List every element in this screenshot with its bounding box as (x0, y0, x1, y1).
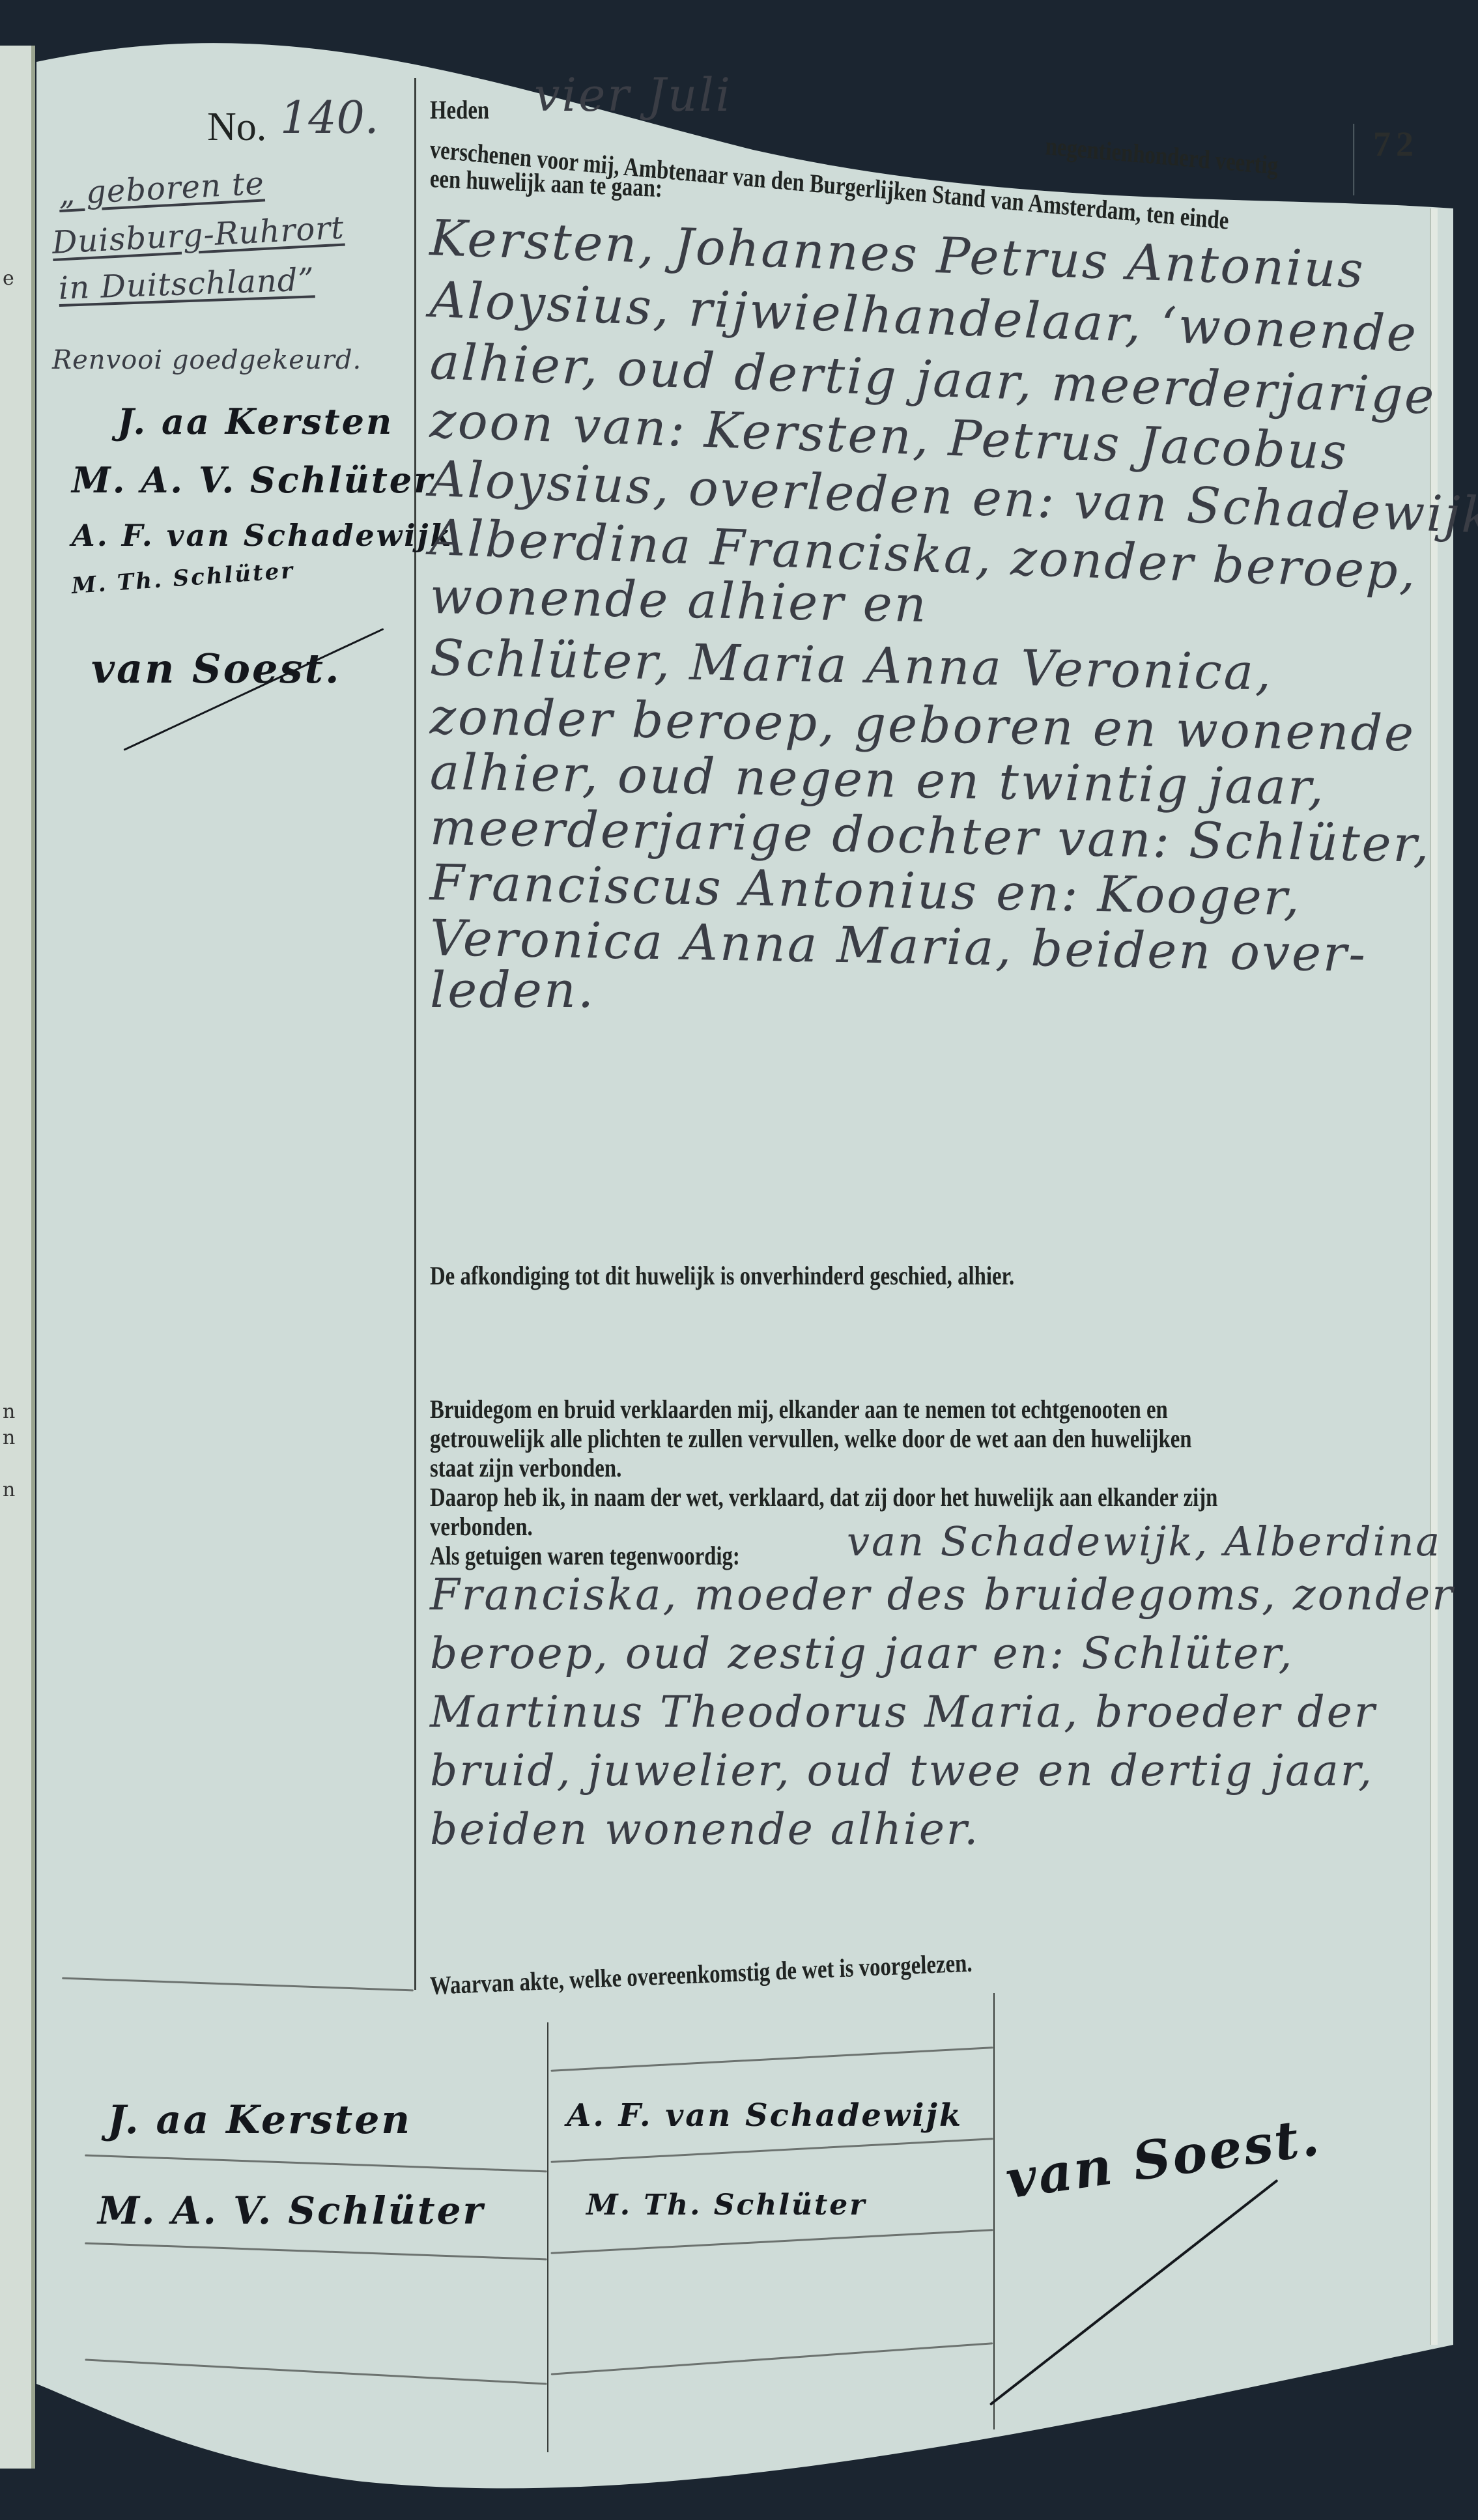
adjacent-page-text: e (3, 267, 14, 290)
signature-groom: J. aa Kersten (107, 2097, 412, 2143)
adjacent-page-text: n (3, 1479, 15, 1501)
signature-column-divider (547, 2022, 548, 2452)
signature-bride: M. A. V. Schlüter (98, 2188, 485, 2233)
page-number: 72 (1373, 124, 1419, 164)
witness-line: beiden wonende alhier. (430, 1804, 980, 1854)
margin-divider (414, 78, 416, 1990)
page-number-rule (1354, 124, 1354, 195)
adjacent-page-text: n (3, 1400, 15, 1423)
afkondiging-statement: De afkondiging tot dit huwelijk is onver… (430, 1260, 1014, 1291)
signature-witness-2: M. Th. Schlüter (586, 2188, 866, 2222)
renvooi-approval: Renvooi goedgekeurd. (52, 345, 362, 375)
margin-signature: J. aa Kersten (117, 401, 393, 442)
adjacent-page-edge: e n n n (0, 46, 35, 2469)
bride-line: leden. (430, 961, 595, 1019)
declaration-line: verbonden. (430, 1511, 533, 1542)
declaration-line: Bruidegom en bruid verklaarden mij, elka… (430, 1394, 1168, 1424)
declaration-line: Daarop heb ik, in naam der wet, verklaar… (430, 1482, 1217, 1512)
declaration-line: staat zijn verbonden. (430, 1452, 621, 1483)
year-printed: negentienhonderd veertig (1045, 130, 1279, 180)
act-number: 140. (280, 92, 378, 144)
date-handwritten: vier Juli (534, 68, 732, 122)
witness-line: van Schadewijk, Alberdina (847, 1518, 1442, 1565)
groom-line: wonende alhier en (429, 567, 928, 633)
act-number-label: No. (207, 104, 266, 150)
witness-line: bruid, juwelier, oud twee en dertig jaar… (430, 1746, 1374, 1796)
margin-signature: M. A. V. Schlüter (72, 459, 434, 501)
heden-label: Heden (430, 94, 489, 125)
witnesses-label: Als getuigen waren tegenwoordig: (430, 1540, 740, 1571)
margin-signature: A. F. van Schadewijk (72, 518, 453, 553)
witness-line: Franciska, moeder des bruidegoms, zonder (430, 1570, 1455, 1620)
margin-signature: van Soest. (91, 645, 341, 692)
witness-line: Martinus Theodorus Maria, broeder der (430, 1687, 1376, 1737)
declaration-line: getrouwelijk alle plichten te zullen ver… (430, 1423, 1192, 1454)
witness-line: beroep, oud zestig jaar en: Schlüter, (430, 1628, 1294, 1678)
signature-column-divider (993, 1993, 995, 2429)
signature-witness-1: A. F. van Schadewijk (567, 2097, 963, 2134)
adjacent-page-text: n (3, 1426, 15, 1449)
